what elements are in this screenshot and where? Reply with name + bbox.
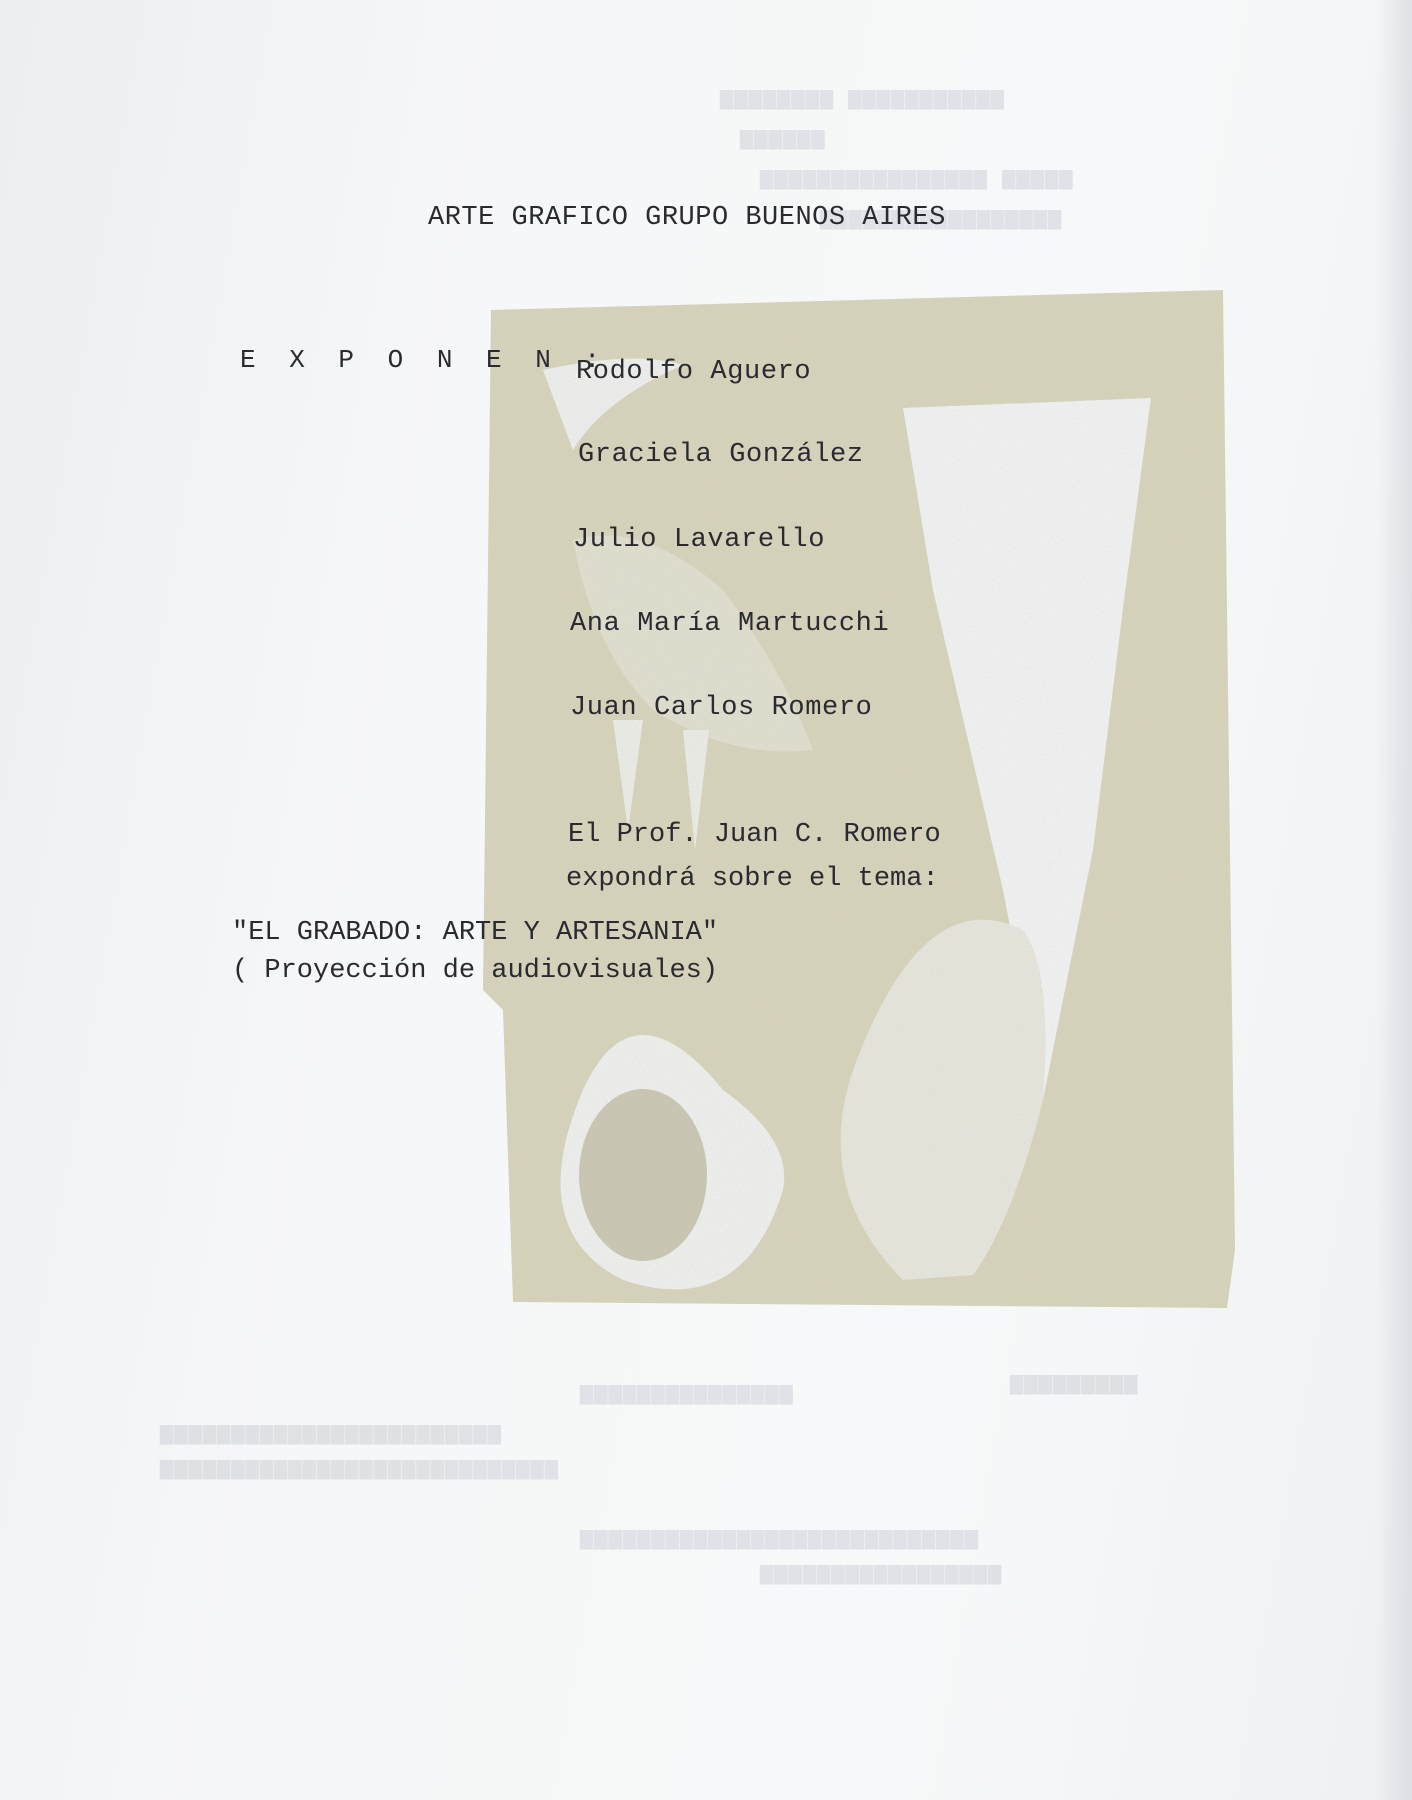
bleed-through-text: ▆▆▆▆▆▆▆▆▆▆▆▆▆▆▆▆ ▆▆▆▆▆	[760, 165, 1073, 191]
exhibitor-name: Rodolfo Aguero	[576, 357, 811, 387]
paper-edge-shadow	[1376, 0, 1412, 1800]
bleed-through-text: ▆▆▆▆▆▆▆▆▆▆▆▆▆▆▆▆▆▆▆▆▆▆▆▆	[160, 1420, 502, 1446]
exhibitor-name: Ana María Martucchi	[570, 609, 889, 639]
bleed-through-text: ▆▆▆▆▆▆▆▆▆	[1010, 1370, 1138, 1396]
bleed-through-text: ▆▆▆▆▆▆	[740, 125, 825, 151]
bleed-through-text: ▆▆▆▆▆▆▆▆ ▆▆▆▆▆▆▆▆▆▆▆	[720, 85, 1005, 111]
exhibitor-name: Graciela González	[578, 440, 864, 470]
bleed-through-text: ▆▆▆▆▆▆▆▆▆▆▆▆▆▆▆	[580, 1380, 794, 1406]
lecture-note: ( Proyección de audiovisuales)	[232, 956, 718, 986]
bleed-through-text: ▆▆▆▆▆▆▆▆▆▆▆▆▆▆▆▆▆▆▆▆▆▆▆▆▆▆▆▆	[160, 1455, 559, 1481]
lecture-announcement-line-2: expondrá sobre el tema:	[566, 864, 939, 894]
exhibitors-label: E X P O N E N :	[240, 345, 609, 375]
bleed-through-text: ▆▆▆▆▆▆▆▆▆▆▆▆▆▆▆▆▆	[760, 1560, 1002, 1586]
bleed-through-text: ▆▆▆▆▆▆▆▆▆▆▆▆▆▆▆▆▆▆▆▆▆▆▆▆▆▆▆▆	[580, 1525, 979, 1551]
exhibitor-name: Julio Lavarello	[573, 525, 825, 555]
lecture-announcement-line-1: El Prof. Juan C. Romero	[568, 820, 941, 850]
page-title: ARTE GRAFICO GRUPO BUENOS AIRES	[428, 203, 946, 233]
lecture-topic: "EL GRABADO: ARTE Y ARTESANIA"	[232, 918, 718, 948]
exhibitor-name: Juan Carlos Romero	[570, 693, 872, 723]
